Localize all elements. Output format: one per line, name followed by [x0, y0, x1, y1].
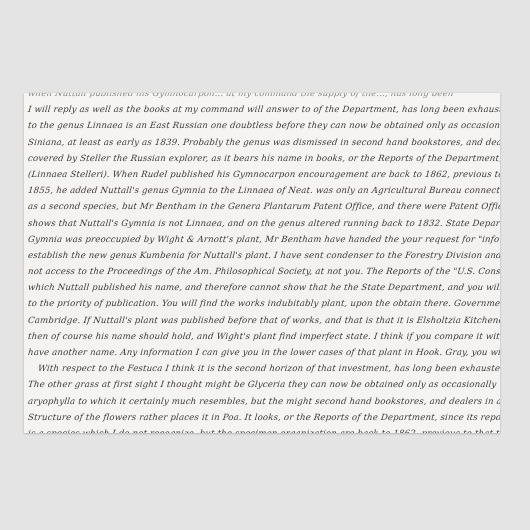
- text-line: is a species which I do not recognize, b…: [24, 426, 500, 433]
- text-line: The other grass at first sight I thought…: [24, 377, 500, 393]
- text-line: Siniana, at least as early as 1839. Prob…: [24, 135, 500, 151]
- text-line: as a second species, but Mr Bentham in t…: [24, 199, 500, 215]
- text-line: (Linnaea Stelleri). When Rudel published…: [24, 167, 500, 183]
- text-line: covered by Steller the Russian explorer,…: [24, 151, 500, 167]
- text-line: have another name. Any information I can…: [24, 345, 500, 361]
- text-line: which Nuttall published his name, and th…: [24, 280, 500, 296]
- text-line: Cambridge. If Nuttall's plant was publis…: [24, 313, 500, 329]
- text-line: to the genus Linnaea is an East Russian …: [24, 118, 500, 134]
- text-line: Structure of the flowers rather places i…: [24, 410, 500, 426]
- text-line: aryophylla to which it certainly much re…: [24, 394, 500, 410]
- handwritten-letter-page: when Nuttall published his Gymnocarpon..…: [24, 93, 500, 433]
- page-background: when Nuttall published his Gymnocarpon..…: [0, 0, 530, 530]
- text-line: 1855, he added Nuttall's genus Gymnia to…: [24, 183, 500, 199]
- text-line: With respect to the Festuca I think it i…: [24, 361, 500, 377]
- handwritten-text-body: when Nuttall published his Gymnocarpon..…: [24, 93, 500, 433]
- text-line: then of course his name should hold, and…: [24, 329, 500, 345]
- text-line: I will reply as well as the books at my …: [24, 102, 500, 118]
- text-line: not access to the Proceedings of the Am.…: [24, 264, 500, 280]
- text-line: to the priority of publication. You will…: [24, 296, 500, 312]
- text-line: when Nuttall published his Gymnocarpon..…: [24, 93, 500, 102]
- text-line: Gymnia was preoccupied by Wight & Arnott…: [24, 232, 500, 248]
- text-line: establish the new genus Kumbenia for Nut…: [24, 248, 500, 264]
- text-line: shows that Nuttall's Gymnia is not Linna…: [24, 216, 500, 232]
